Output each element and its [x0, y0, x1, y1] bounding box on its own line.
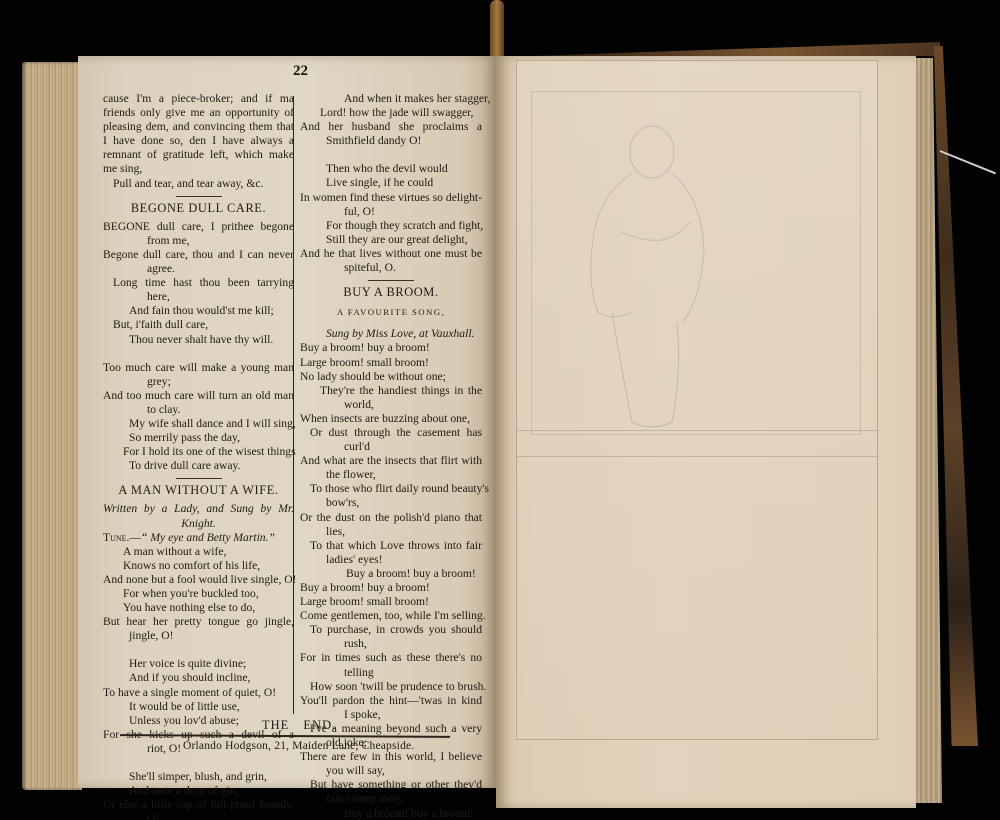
verse-line: You'll pardon the hint—'twas in kind [300, 694, 482, 708]
verse-line: rush, [300, 637, 482, 651]
left-column: cause I'm a piece-broker; and if ma frie… [103, 92, 294, 820]
tune-name: “ My eye and Betty Martin.” [141, 531, 275, 544]
song-title: BEGONE DULL CARE. [103, 201, 294, 215]
song-subtitle: A FAVOURITE SONG, [300, 305, 482, 319]
verse-line: But have something or other they'd [300, 778, 482, 792]
verse-line: Her voice is quite divine; [103, 657, 294, 671]
verse-line: lies, [300, 525, 482, 539]
verse-line: Begone dull care, thou and I can never [103, 248, 294, 262]
verse-line: For in times such as these there's no [300, 651, 482, 665]
verse-line: BEGONE dull care, I prithee begone [103, 220, 294, 234]
left-page-edges [22, 62, 82, 790]
verse-line: It would be of little use, [103, 700, 294, 714]
verse-line: agree. [103, 262, 294, 276]
verse-line: to clay. [103, 403, 294, 417]
verse-line: telling [300, 666, 482, 680]
verse-line: ladies' eyes! [300, 553, 482, 567]
verse-line: Then who the devil would [300, 162, 482, 176]
refrain-line: Pull and tear, and tear away, &c. [103, 177, 294, 191]
right-column: And when it makes her stagger, Lord! how… [300, 92, 482, 820]
verse-line: To purchase, in crowds you should [300, 623, 482, 637]
verse-line: To that which Love throws into fair [300, 539, 482, 553]
verse-line: And if you should incline, [103, 671, 294, 685]
verse-line: Live single, if he could [300, 176, 482, 190]
the-end-label: THE END. [262, 718, 336, 733]
verse-line: Or dust through the casement has [300, 426, 482, 440]
text-line: friends only give me an opportunity of [103, 106, 294, 120]
verse-line: you will say, [300, 764, 482, 778]
verse-line: Or the dust on the polish'd piano that [300, 511, 482, 525]
verse-line: bow'rs, [300, 496, 482, 510]
verse-line: And none but a fool would live single, O… [103, 573, 294, 587]
printer-imprint: Orlando Hodgson, 21, Maiden Lane, Cheaps… [183, 740, 414, 752]
verse-line: curl'd [300, 440, 482, 454]
verse-line: You have nothing else to do, [103, 601, 294, 615]
plate-guide-line [516, 456, 878, 457]
verse-line: To drive dull care away. [103, 459, 294, 473]
verse-line: Smithfield dandy O! [300, 134, 482, 148]
credit-line: Knight. [103, 517, 294, 531]
verse-line: To those who flirt daily round beauty's [300, 482, 482, 496]
engraving-plate-offset [516, 60, 878, 740]
verse-line: Lord! how the jade will swagger, [300, 106, 482, 120]
verse-line: And taste a drop of gin, [103, 784, 294, 798]
tune-label: Tune.— [103, 531, 141, 544]
verse-line: Large broom! small broom! [300, 595, 482, 609]
verse-line: Buy a broom! buy a broom! [300, 341, 482, 355]
song-title: A MAN WITHOUT A WIFE. [103, 483, 294, 497]
text-line: pleasing dem, and convincing them that [103, 120, 294, 134]
verse-line: fain sweep away. [300, 792, 482, 806]
plate-guide-line [516, 430, 878, 431]
verse-line: And fain thou would'st me kill; [103, 304, 294, 318]
text-line: me sing, [103, 162, 294, 176]
verse-line: Or else a little sup of full-proof brand… [103, 798, 294, 812]
verse-line: And too much care will turn an old man [103, 389, 294, 403]
verse-line: Come gentlemen, too, while I'm selling. [300, 609, 482, 623]
page-number: 22 [293, 63, 308, 80]
verse-line: They're the handiest things in the [300, 384, 482, 398]
section-rule [176, 478, 222, 479]
verse-line: A man without a wife, [103, 545, 294, 559]
verse-line: Large broom! small broom! [300, 356, 482, 370]
verse-line: To have a single moment of quiet, O! [103, 686, 294, 700]
verse-line: Long time hast thou been tarrying [103, 276, 294, 290]
section-rule [368, 280, 414, 281]
verse-line: When insects are buzzing about one, [300, 412, 482, 426]
credit-line: Sung by Miss Love, at Vauxhall. [300, 327, 482, 341]
verse-line: Buy a broom! buy a broom! [300, 581, 482, 595]
verse-line: There are few in this world, I believe [300, 750, 482, 764]
verse-line: from me, [103, 234, 294, 248]
verse-line: Thou never shalt have thy will. [103, 333, 294, 347]
text-line: I have done so, den I have always a [103, 134, 294, 148]
verse-line: And he that lives without one must be [300, 247, 482, 261]
credit-line: Written by a Lady, and Sung by Mr. [103, 502, 294, 516]
verse-line: Still they are our great delight, [300, 233, 482, 247]
verse-line: For though they scratch and fight, [300, 219, 482, 233]
verse-line: And what are the insects that flirt with [300, 454, 482, 468]
photo-background: 22 cause I'm a piece-broker; and if ma f… [0, 0, 1000, 820]
verse-line: For when you're buckled too, [103, 587, 294, 601]
section-rule [176, 196, 222, 197]
cover-edge-top [530, 42, 940, 56]
verse-line: No lady should be without one; [300, 370, 482, 384]
verse-line: Buy a broom! buy a broom! [300, 567, 482, 581]
plate-border [531, 91, 861, 435]
verse-line: here, [103, 290, 294, 304]
text-line: remnant of gratitude left, which make [103, 148, 294, 162]
verse-line: the flower, [300, 468, 482, 482]
verse-line: spiteful, O. [300, 261, 482, 275]
text-line: cause I'm a piece-broker; and if ma [103, 92, 294, 106]
verse-line: Buy a broom! buy a broom! [300, 807, 482, 820]
verse-line: And when it makes her stagger, [300, 92, 482, 106]
verse-line: Too much care will make a young man [103, 361, 294, 375]
verse-line: grey; [103, 375, 294, 389]
verse-line: For I hold its one of the wisest things [103, 445, 294, 459]
verse-line: And her husband she proclaims a [300, 120, 482, 134]
verse-line: In women find these virtues so delight- [300, 191, 482, 205]
verse-line: But, i'faith dull care, [103, 318, 294, 332]
verse-line: She'll simper, blush, and grin, [103, 770, 294, 784]
verse-line: ful, O! [300, 205, 482, 219]
verse-line: Knows no comfort of his life, [103, 559, 294, 573]
verse-line: How soon 'twill be prudence to brush. [300, 680, 482, 694]
figure-sketch-icon [572, 122, 722, 432]
verse-line: But hear her pretty tongue go jingle, [103, 615, 294, 629]
song-title: BUY A BROOM. [300, 285, 482, 299]
verse-line: world, [300, 398, 482, 412]
verse-line: So merrily pass the day, [103, 431, 294, 445]
verse-line: My wife shall dance and I will sing, [103, 417, 294, 431]
verse-line: jingle, O! [103, 629, 294, 643]
verse-line: O! [103, 812, 294, 820]
